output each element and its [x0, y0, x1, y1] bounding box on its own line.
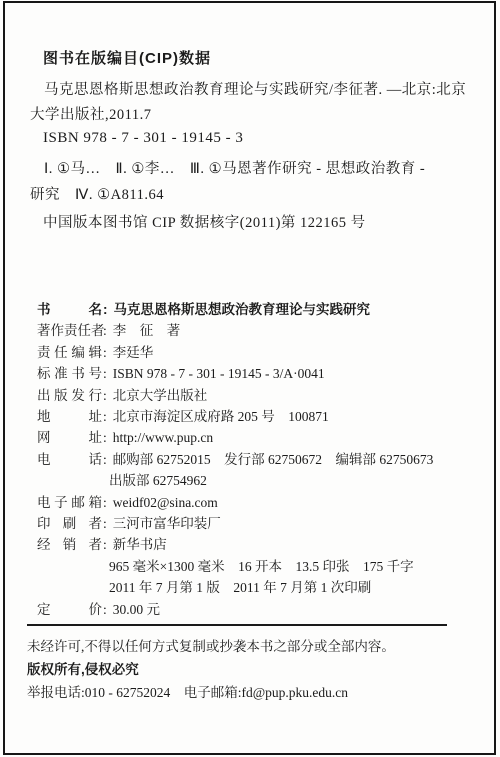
colophon-row-distributor: 经销者:新华书店 — [37, 534, 477, 555]
colophon-row-title: 书名:马克思恩格斯思想政治教育理论与实践研究 — [37, 299, 477, 320]
phone-value: 邮购部 62752015 发行部 62750672 编辑部 62750673 — [113, 452, 434, 467]
label-colon: : — [103, 320, 107, 341]
distributor-value: 新华书店 — [113, 537, 167, 552]
label-colon: : — [103, 449, 107, 470]
colophon-row-publisher: 出版发行:北京大学出版社 — [37, 385, 477, 406]
reproduction-notice: 未经许可,不得以任何方式复制或抄袭本书之部分或全部内容。 — [27, 635, 477, 658]
label-colon: : — [103, 599, 107, 620]
publisher-value: 北京大学出版社 — [113, 388, 208, 403]
report-contact-line: 举报电话:010 - 62752024 电子邮箱:fd@pup.pku.edu.… — [27, 681, 477, 704]
colophon-row-printer: 印刷者:三河市富华印装厂 — [37, 513, 477, 534]
row-label-title: 书名 — [37, 299, 102, 320]
edition-printing-line: 2011 年 7 月第 1 版 2011 年 7 月第 1 次印刷 — [37, 577, 477, 598]
label-colon: : — [103, 406, 107, 427]
standard-isbn-value: ISBN 978 - 7 - 301 - 19145 - 3/A·0041 — [113, 366, 325, 381]
label-colon: : — [103, 534, 107, 555]
colophon-row-phone: 电话:邮购部 62752015 发行部 62750672 编辑部 6275067… — [37, 449, 477, 470]
row-label-distributor: 经销者 — [37, 534, 102, 555]
cip-classification: Ⅰ. ①马… Ⅱ. ①李… Ⅲ. ①马恩著作研究 - 思想政治教育 - 研究 Ⅳ… — [30, 156, 480, 208]
footer-divider-rule — [27, 624, 447, 626]
label-colon: : — [103, 513, 107, 534]
label-colon: : — [103, 342, 107, 363]
colophon-block: 书名:马克思恩格斯思想政治教育理论与实践研究 著作责任者:李 征 著 责任编辑:… — [37, 299, 477, 620]
row-label-printer: 印刷者 — [37, 513, 102, 534]
book-title-value: 马克思恩格斯思想政治教育理论与实践研究 — [114, 302, 371, 317]
row-label-website: 网址 — [37, 427, 102, 448]
row-label-email: 电子邮箱 — [37, 492, 102, 513]
website-value: http://www.pup.cn — [113, 430, 213, 445]
label-colon: : — [103, 385, 107, 406]
footer-block: 未经许可,不得以任何方式复制或抄袭本书之部分或全部内容。 版权所有,侵权必究 举… — [27, 635, 477, 704]
colophon-row-address: 地址:北京市海淀区成府路 205 号 100871 — [37, 406, 477, 427]
row-label-publisher: 出版发行 — [37, 385, 102, 406]
cip-classification-line-1: Ⅰ. ①马… Ⅱ. ①李… Ⅲ. ①马恩著作研究 - 思想政治教育 - — [30, 156, 480, 182]
row-label-editor: 责任编辑 — [37, 342, 102, 363]
format-spec-line: 965 毫米×1300 毫米 16 开本 13.5 印张 175 千字 — [37, 556, 477, 577]
author-value: 李 征 著 — [113, 323, 181, 338]
row-label-isbn: 标准书号 — [37, 363, 102, 384]
price-value: 30.00 元 — [113, 602, 160, 617]
colophon-row-editor: 责任编辑:李廷华 — [37, 342, 477, 363]
printer-value: 三河市富华印装厂 — [113, 516, 221, 531]
cip-entry-line-2: 大学出版社,2011.7 — [30, 103, 480, 128]
cip-classification-line-2: 研究 Ⅳ. ①A811.64 — [30, 182, 480, 208]
label-colon: : — [103, 363, 107, 384]
label-colon: : — [103, 492, 107, 513]
cip-heading: 图书在版编目(CIP)数据 — [43, 47, 211, 68]
phone-continuation: 出版部 62754962 — [37, 470, 477, 491]
cip-entry-line-1: 马克思恩格斯思想政治教育理论与实践研究/李征著. —北京:北京 — [30, 78, 480, 103]
row-label-phone: 电话 — [37, 449, 102, 470]
copyright-statement: 版权所有,侵权必究 — [27, 658, 477, 681]
row-label-author: 著作责任者 — [37, 320, 102, 341]
editor-value: 李廷华 — [113, 345, 154, 360]
email-value: weidf02@sina.com — [113, 495, 218, 510]
label-colon: : — [103, 299, 108, 320]
address-value: 北京市海淀区成府路 205 号 100871 — [113, 409, 329, 424]
colophon-row-price: 定价:30.00 元 — [37, 599, 477, 620]
row-label-address: 地址 — [37, 406, 102, 427]
label-colon: : — [103, 427, 107, 448]
cip-registry-number: 中国版本图书馆 CIP 数据核字(2011)第 122165 号 — [43, 211, 366, 232]
cip-entry: 马克思恩格斯思想政治教育理论与实践研究/李征著. —北京:北京 大学出版社,20… — [30, 78, 480, 128]
colophon-row-isbn: 标准书号:ISBN 978 - 7 - 301 - 19145 - 3/A·00… — [37, 363, 477, 384]
colophon-row-email: 电子邮箱:weidf02@sina.com — [37, 492, 477, 513]
isbn-line: ISBN 978 - 7 - 301 - 19145 - 3 — [43, 130, 243, 147]
row-label-price: 定价 — [37, 599, 102, 620]
book-copyright-page: 图书在版编目(CIP)数据 马克思恩格斯思想政治教育理论与实践研究/李征著. —… — [0, 0, 500, 757]
colophon-row-author: 著作责任者:李 征 著 — [37, 320, 477, 341]
colophon-row-website: 网址:http://www.pup.cn — [37, 427, 477, 448]
